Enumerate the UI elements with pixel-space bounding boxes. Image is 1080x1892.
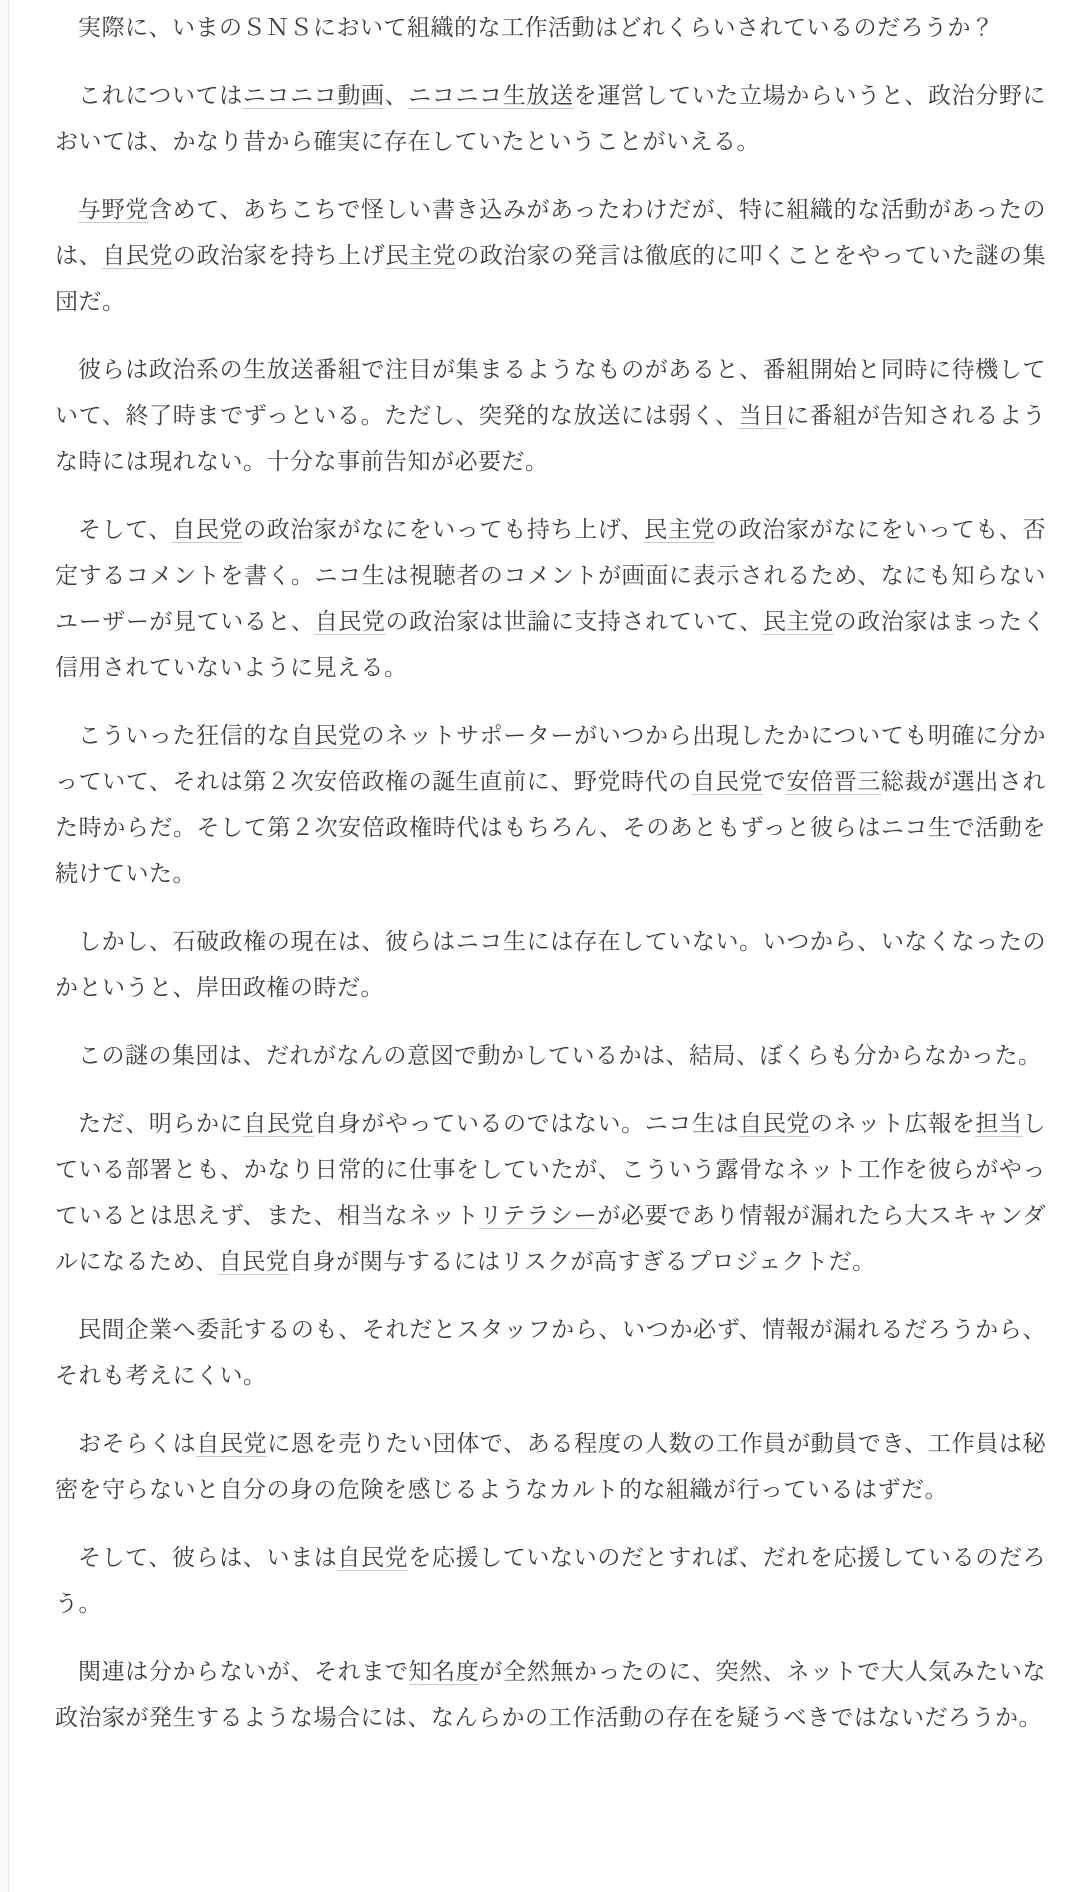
text-segment: これについては [78, 82, 243, 108]
text-segment: こういった狂信的な [78, 722, 291, 748]
text-segment: そして、彼らは、いまは [78, 1544, 337, 1570]
text-segment: そして、 [78, 516, 172, 542]
paragraph: 民間企業へ委託するのも、それだとスタッフから、いつか必ず、情報が漏れるだろうから… [55, 1306, 1046, 1398]
text-segment: のネット広報を [810, 1110, 975, 1136]
keyword-link[interactable]: 当日 [739, 402, 786, 429]
keyword-link[interactable]: 自民党 [291, 722, 362, 749]
text-segment: 関連は分からないが、それまで [78, 1658, 409, 1684]
keyword-link[interactable]: 民主党 [644, 516, 715, 543]
keyword-link[interactable]: 民主党 [763, 608, 834, 635]
text-segment: しかし、石破政権の現在は、彼らはニコ生には存在していない。いつから、いなくなった… [55, 928, 1046, 1000]
left-edge-divider [8, 0, 9, 1892]
keyword-link[interactable]: 自民党 [172, 516, 243, 543]
paragraph: 関連は分からないが、それまで知名度が全然無かったのに、突然、ネットで大人気みたい… [55, 1648, 1046, 1740]
paragraph: これについてはニコニコ動画、ニコニコ生放送を運営していた立場からいうと、政治分野… [55, 72, 1046, 164]
text-segment: この謎の集団は、だれがなんの意図で動かしているかは、結局、ぼくらも分からなかった… [78, 1042, 1042, 1068]
keyword-link[interactable]: 自民党 [739, 1110, 810, 1137]
paragraph: そして、彼らは、いまは自民党を応援していないのだとすれば、だれを応援しているのだ… [55, 1534, 1046, 1626]
keyword-link[interactable]: ニコニコ生放送 [408, 82, 573, 109]
article-page: 実際に、いまのＳＮＳにおいて組織的な工作活動はどれくらいされているのだろうか？こ… [0, 0, 1080, 1892]
keyword-link[interactable]: 自民党 [102, 242, 173, 269]
left-gutter [0, 0, 8, 1892]
text-segment: の政治家は世論に支持されていて、 [386, 608, 763, 634]
keyword-link[interactable]: 自民党 [315, 608, 386, 635]
keyword-link[interactable]: 与野党 [78, 196, 149, 223]
paragraph: こういった狂信的な自民党のネットサポーターがいつから出現したかについても明確に分… [55, 712, 1046, 896]
paragraph: 実際に、いまのＳＮＳにおいて組織的な工作活動はどれくらいされているのだろうか？ [55, 4, 1046, 50]
paragraph: この謎の集団は、だれがなんの意図で動かしているかは、結局、ぼくらも分からなかった… [55, 1032, 1046, 1078]
keyword-link[interactable]: ニコニコ動画 [243, 82, 385, 109]
keyword-link[interactable]: 担当 [975, 1110, 1022, 1137]
keyword-link[interactable]: 自民党 [243, 1110, 314, 1137]
text-segment: ただ、明らかに [78, 1110, 243, 1136]
paragraph: そして、自民党の政治家がなにをいっても持ち上げ、民主党の政治家がなにをいっても、… [55, 506, 1046, 690]
text-segment: 民間企業へ委託するのも、それだとスタッフから、いつか必ず、情報が漏れるだろうから… [55, 1316, 1046, 1388]
paragraph: ただ、明らかに自民党自身がやっているのではない。ニコ生は自民党のネット広報を担当… [55, 1100, 1046, 1284]
keyword-link[interactable]: 安倍晋三 [786, 768, 880, 795]
text-segment: 、 [385, 82, 409, 108]
keyword-link[interactable]: 自民党 [692, 768, 763, 795]
text-segment: 自身が関与するにはリスクが高すぎるプロジェクトだ。 [289, 1248, 876, 1274]
paragraph: しかし、石破政権の現在は、彼らはニコ生には存在していない。いつから、いなくなった… [55, 918, 1046, 1010]
text-segment: 実際に、いまのＳＮＳにおいて組織的な工作活動はどれくらいされているのだろうか？ [78, 14, 995, 40]
paragraph: 与野党含めて、あちこちで怪しい書き込みがあったわけだが、特に組織的な活動があった… [55, 186, 1046, 324]
keyword-link[interactable]: リテラシー [479, 1202, 597, 1229]
keyword-link[interactable]: 知名度 [409, 1658, 480, 1685]
paragraph: おそらくは自民党に恩を売りたい団体で、ある程度の人数の工作員が動員でき、工作員は… [55, 1420, 1046, 1512]
keyword-link[interactable]: 民主党 [385, 242, 456, 269]
paragraph: 彼らは政治系の生放送番組で注目が集まるようなものがあると、番組開始と同時に待機し… [55, 346, 1046, 484]
text-segment: で [763, 768, 787, 794]
text-segment: 自身がやっているのではない。ニコ生は [314, 1110, 739, 1136]
keyword-link[interactable]: 自民党 [219, 1248, 290, 1275]
text-segment: の政治家を持ち上げ [173, 242, 385, 268]
text-segment: おそらくは [78, 1430, 196, 1456]
keyword-link[interactable]: 自民党 [196, 1430, 267, 1457]
text-segment: の政治家がなにをいっても持ち上げ、 [243, 516, 644, 542]
article-body: 実際に、いまのＳＮＳにおいて組織的な工作活動はどれくらいされているのだろうか？こ… [0, 0, 1080, 1750]
keyword-link[interactable]: 自民党 [337, 1544, 408, 1571]
